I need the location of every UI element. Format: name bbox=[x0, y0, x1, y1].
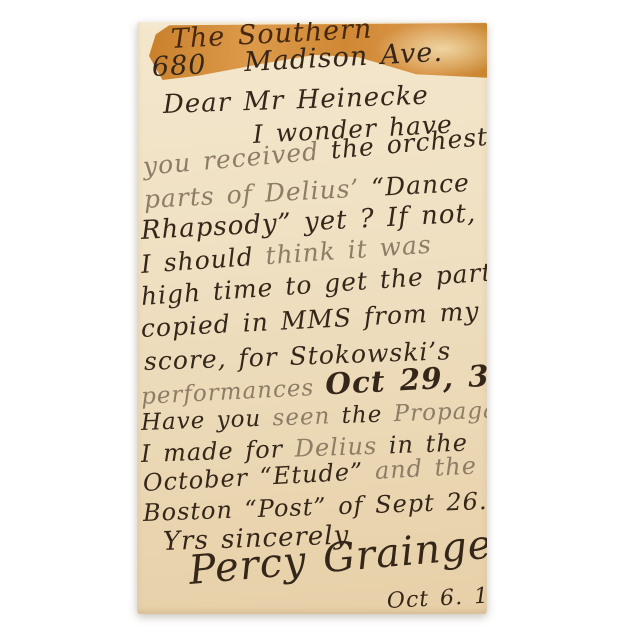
postcard: The Southern680 Madison Ave.Dear Mr Hein… bbox=[137, 22, 487, 614]
body-line-12-segment: and the bbox=[374, 452, 477, 485]
body-line-2-segment: you received bbox=[142, 136, 332, 181]
body-line-10-segment: the bbox=[341, 401, 394, 429]
body-line-5-segment: I should bbox=[140, 241, 267, 279]
date-segment: Oct 6. 1915 bbox=[386, 581, 487, 614]
body-line-10-segment: Propaganda bbox=[393, 396, 487, 427]
photo-background: The Southern680 Madison Ave.Dear Mr Hein… bbox=[0, 0, 635, 635]
body-line-10-segment: seen bbox=[272, 403, 342, 431]
body-line-3-segment: “Dance bbox=[371, 168, 471, 202]
body-line-10-segment: Have you bbox=[141, 405, 273, 436]
date: Oct 6. 1915 bbox=[386, 582, 487, 614]
letter-body: The Southern680 Madison Ave.Dear Mr Hein… bbox=[137, 22, 487, 614]
